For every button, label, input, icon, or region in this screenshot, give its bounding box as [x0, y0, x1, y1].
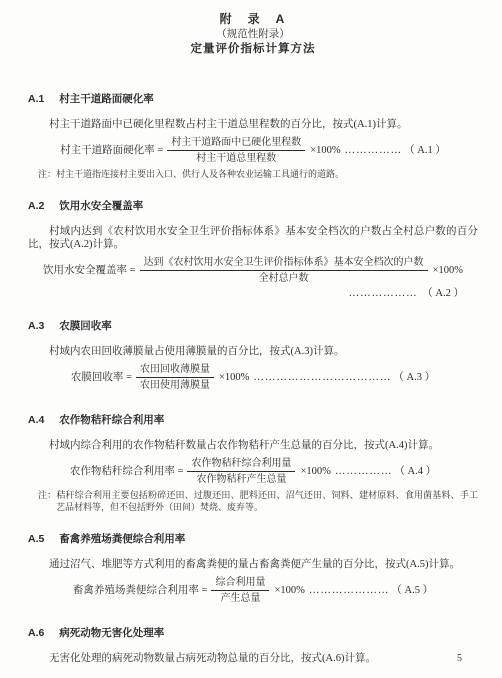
formula-fraction: 综合利用量 产生总量	[211, 576, 269, 605]
section-body: 无害化处理的病死动物数量占病死动物总量的百分比，按式(A.6)计算。	[28, 652, 478, 665]
appendix-subject: 定量评价指标计算方法	[28, 42, 478, 56]
formula-a1: 村主干道路面硬化率 = 村主干道路面中已硬化里程数 村主干道总里程数 ×100%…	[28, 136, 478, 165]
formula-multiplier: ×100%	[219, 372, 249, 384]
formula-number: （ A.1 ）	[404, 145, 446, 157]
formula-fraction: 农作物秸秆综合利用量 农作物秸秆产生总量	[187, 457, 295, 486]
section-number: A.2	[28, 200, 44, 212]
section-title: 农作物秸秆综合利用率	[59, 414, 164, 426]
section-heading: A.6 病死动物无害化处理率	[28, 627, 478, 640]
section-number: A.6	[28, 627, 44, 639]
section-a4: A.4 农作物秸秆综合利用率 村域内综合利用的农作物秸秆数量占农作物秸秆产生总量…	[28, 414, 478, 513]
formula-fraction: 达到《农村饮用水安全卫生评价指标体系》基本安全档次的户数 全村总户数	[140, 256, 428, 285]
section-heading: A.5 畜禽养殖场粪便综合利用率	[28, 533, 478, 546]
formula-multiplier: ×100%	[274, 585, 304, 597]
spacer	[28, 513, 478, 533]
section-heading: A.3 农膜回收率	[28, 320, 478, 333]
page-number: 5	[457, 653, 462, 664]
formula-numerator: 农田回收薄膜量	[136, 363, 214, 378]
formula-numerator: 综合利用量	[211, 576, 269, 591]
formula-a4: 农作物秸秆综合利用率 = 农作物秸秆综合利用量 农作物秸秆产生总量 ×100% …	[28, 457, 478, 486]
formula-denominator: 农田使用薄膜量	[136, 378, 214, 392]
formula-a3: 农膜回收率 = 农田回收薄膜量 农田使用薄膜量 ×100% ……………………………	[28, 363, 478, 392]
spacer	[28, 394, 478, 414]
section-title: 畜禽养殖场粪便综合利用率	[59, 533, 185, 545]
formula-a2: 饮用水安全覆盖率 = 达到《农村饮用水安全卫生评价指标体系》基本安全档次的户数 …	[28, 256, 478, 285]
spacer	[28, 76, 478, 93]
formula-dot-leader: ………………………………	[253, 372, 391, 384]
section-body: 村主干道路面中已硬化里程数占村主干道总里程数的百分比，按式(A.1)计算。	[28, 118, 478, 131]
section-note: 注：秸秆综合利用主要包括粉碎还田、过腹还田、肥料还田、沼气还田、饲料、建材原料、…	[28, 489, 478, 513]
formula-multiplier: ×100%	[433, 265, 463, 277]
formula-lhs: 饮用水安全覆盖率 =	[43, 265, 136, 277]
section-title: 病死动物无害化处理率	[59, 627, 164, 639]
section-body: 通过沼气、堆肥等方式利用的畜禽粪便的量占畜禽粪便产生量的百分比，按式(A.5)计…	[28, 558, 478, 571]
document-page: 附 录 A （规范性附录） 定量评价指标计算方法 A.1 村主干道路面硬化率 村…	[0, 0, 502, 678]
section-heading: A.1 村主干道路面硬化率	[28, 93, 478, 106]
section-a5: A.5 畜禽养殖场粪便综合利用率 通过沼气、堆肥等方式利用的畜禽粪便的量占畜禽粪…	[28, 533, 478, 605]
section-a3: A.3 农膜回收率 村域内农田回收薄膜量占使用薄膜量的百分比，按式(A.3)计算…	[28, 320, 478, 392]
formula-numerator: 村主干道路面中已硬化里程数	[167, 136, 305, 151]
section-note: 注：村主干道指连接村主要出入口、供行人及各种农业运输工具通行的道路。	[28, 168, 478, 180]
section-title: 农膜回收率	[59, 320, 112, 332]
formula-fraction: 农田回收薄膜量 农田使用薄膜量	[136, 363, 214, 392]
spacer	[28, 607, 478, 627]
formula-number: （ A.4 ）	[394, 466, 436, 478]
formula-number-line: ……………… （ A.2 ）	[28, 287, 478, 300]
section-body: 村域内达到《农村饮用水安全卫生评价指标体系》基本安全档次的户数占全村总户数的百分…	[28, 225, 478, 251]
section-body: 村域内综合利用的农作物秸秆数量占农作物秸秆产生总量的百分比，按式(A.4)计算。	[28, 439, 478, 452]
formula-numerator: 达到《农村饮用水安全卫生评价指标体系》基本安全档次的户数	[140, 256, 428, 271]
section-heading: A.4 农作物秸秆综合利用率	[28, 414, 478, 427]
formula-lhs: 农作物秸秆综合利用率 =	[70, 466, 184, 478]
formula-fraction: 村主干道路面中已硬化里程数 村主干道总里程数	[167, 136, 305, 165]
formula-multiplier: ×100%	[310, 145, 340, 157]
formula-denominator: 全村总户数	[140, 271, 428, 285]
section-heading: A.2 饮用水安全覆盖率	[28, 200, 478, 213]
formula-denominator: 产生总量	[211, 591, 269, 605]
formula-number: （ A.3 ）	[393, 372, 435, 384]
formula-dot-leader: …………………	[309, 585, 390, 597]
section-a2: A.2 饮用水安全覆盖率 村域内达到《农村饮用水安全卫生评价指标体系》基本安全档…	[28, 200, 478, 300]
section-body: 村域内农田回收薄膜量占使用薄膜量的百分比，按式(A.3)计算。	[28, 345, 478, 358]
spacer	[28, 56, 478, 76]
section-number: A.3	[28, 320, 44, 332]
appendix-type: （规范性附录）	[28, 28, 478, 41]
appendix-title-block: 附 录 A （规范性附录） 定量评价指标计算方法	[28, 12, 478, 56]
section-title: 村主干道路面硬化率	[59, 93, 154, 105]
section-number: A.1	[28, 93, 44, 105]
formula-number: （ A.5 ）	[391, 585, 433, 597]
formula-dot-leader: ……………	[335, 466, 393, 478]
formula-dot-leader: ……………	[345, 145, 403, 157]
spacer	[28, 300, 478, 320]
section-a6: A.6 病死动物无害化处理率 无害化处理的病死动物数量占病死动物总量的百分比，按…	[28, 627, 478, 665]
formula-dot-leader: ………………	[349, 288, 418, 299]
formula-lhs: 畜禽养殖场粪便综合利用率 =	[73, 585, 208, 597]
formula-multiplier: ×100%	[300, 466, 330, 478]
formula-denominator: 农作物秸秆产生总量	[187, 472, 295, 486]
formula-lhs: 农膜回收率 =	[71, 372, 132, 384]
section-number: A.4	[28, 414, 44, 426]
section-number: A.5	[28, 533, 44, 545]
formula-a5: 畜禽养殖场粪便综合利用率 = 综合利用量 产生总量 ×100% ………………… …	[28, 576, 478, 605]
appendix-label: 附 录 A	[28, 12, 478, 27]
formula-denominator: 村主干道总里程数	[167, 151, 305, 165]
section-a1: A.1 村主干道路面硬化率 村主干道路面中已硬化里程数占村主干道总里程数的百分比…	[28, 93, 478, 180]
formula-lhs: 村主干道路面硬化率 =	[60, 145, 163, 157]
formula-number: （ A.2 ）	[422, 288, 464, 299]
spacer	[28, 180, 478, 200]
formula-numerator: 农作物秸秆综合利用量	[187, 457, 295, 472]
section-title: 饮用水安全覆盖率	[59, 200, 143, 212]
